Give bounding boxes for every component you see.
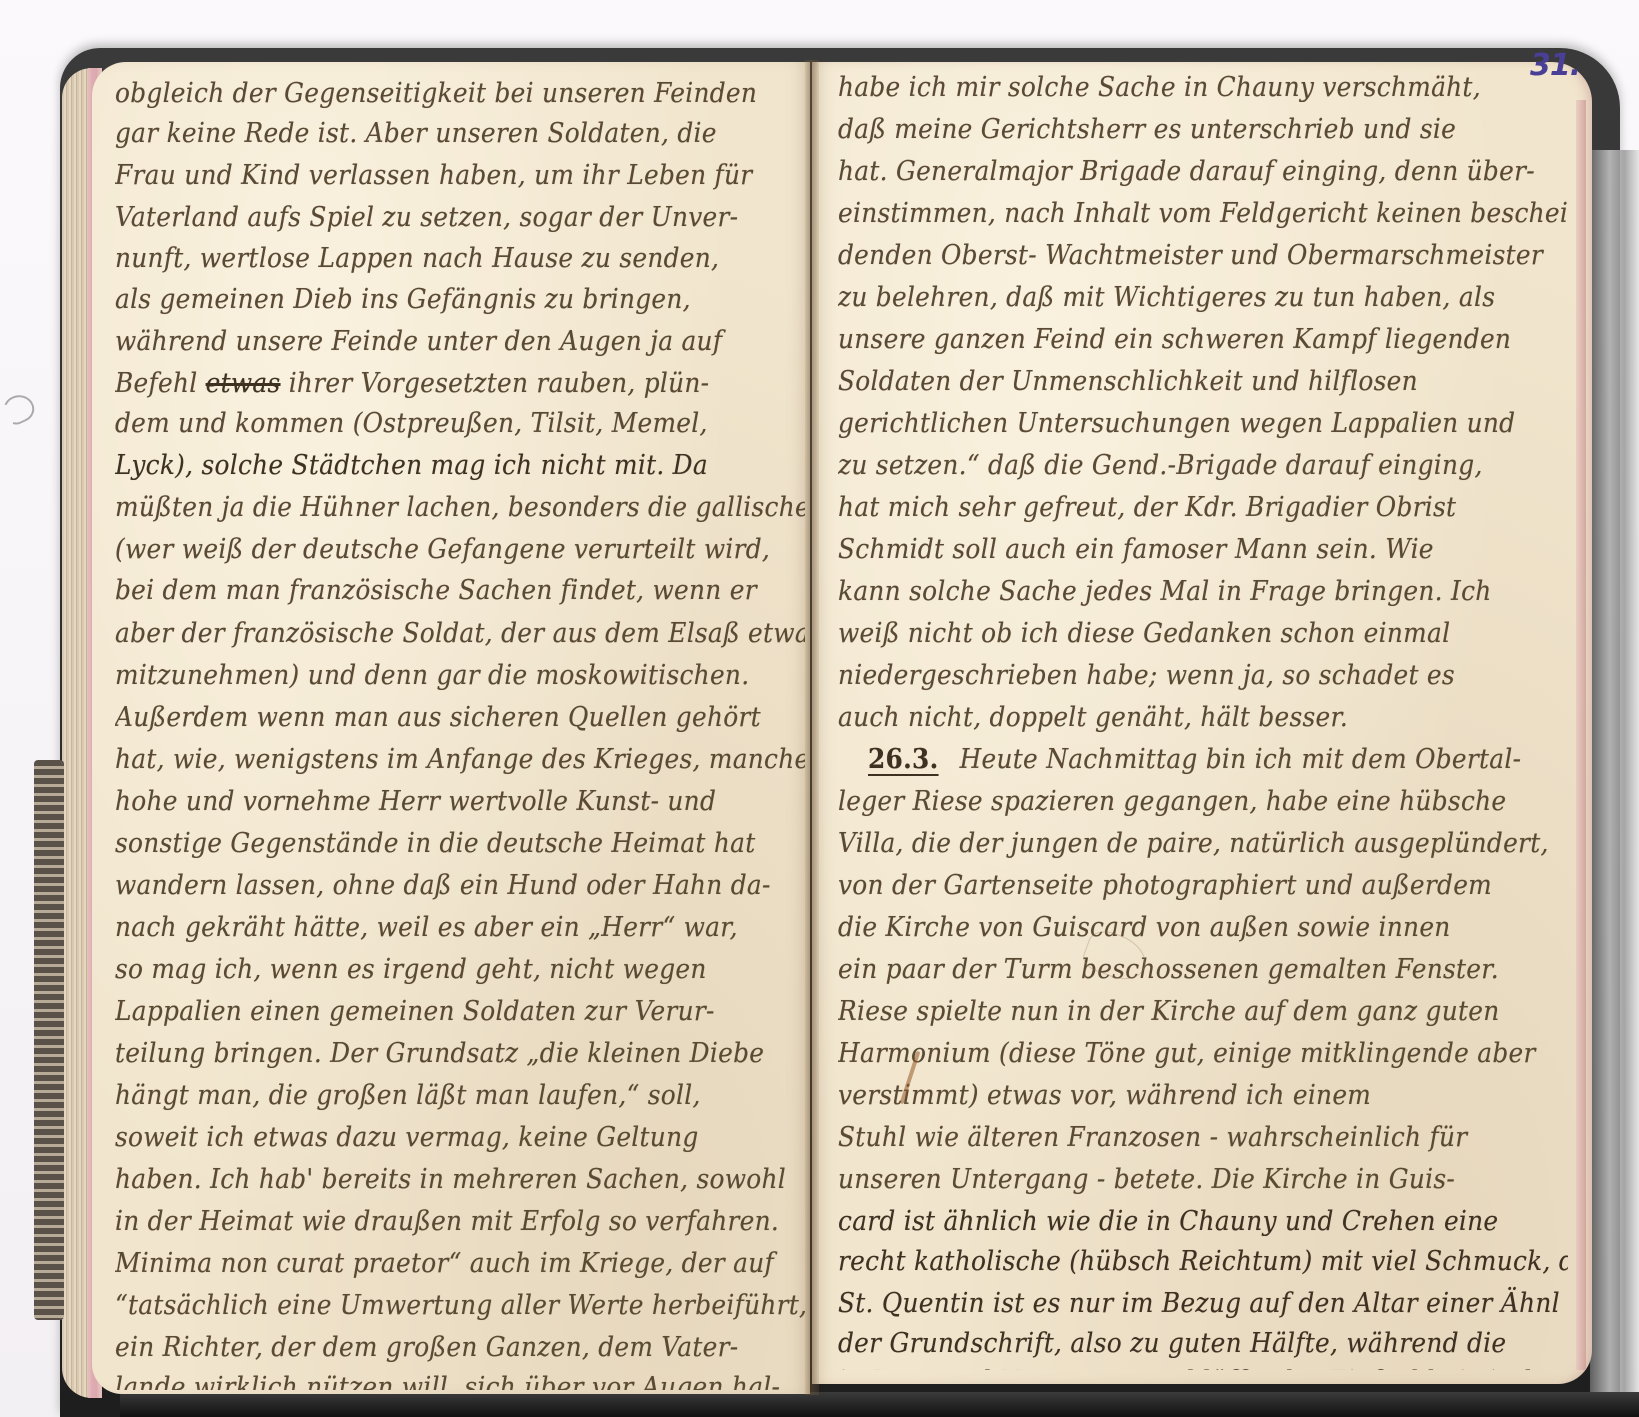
handwritten-line: Minima non curat praetor“ auch im Kriege… [115, 1248, 774, 1279]
handwritten-line: müßten ja die Hühner lachen, besonders d… [115, 492, 805, 523]
line-start: Befehl [115, 368, 197, 399]
struck-out-word: etwas [206, 368, 281, 399]
handwritten-line: denden Oberst- Wachtmeister und Obermars… [838, 240, 1543, 271]
handwritten-line: niedergeschrieben habe; wenn ja, so scha… [838, 660, 1455, 691]
handwritten-line: der Grundschrift, also zu guten Hälfte, … [838, 1328, 1506, 1359]
book-gutter [805, 60, 819, 1395]
handwritten-line: weiß nicht ob ich diese Gedanken schon e… [838, 618, 1450, 649]
handwritten-line: lande wirklich nützen will, sich über vo… [115, 1372, 780, 1390]
handwritten-line: aber der französische Soldat, der aus de… [115, 618, 805, 649]
handwritten-line: verstimmt) etwas vor, während ich einem [838, 1080, 1371, 1111]
handwritten-line: “tatsächlich eine Umwertung aller Werte … [115, 1290, 805, 1321]
scanner-edge-shadow [1590, 150, 1639, 1400]
scanned-notebook-scene: 31. obgleich der Gegenseitigkeit bei uns… [0, 0, 1639, 1417]
handwritten-line: unsere ganzen Feind ein schweren Kampf l… [838, 324, 1511, 355]
handwritten-line: teilung bringen. Der Grundsatz „die klei… [115, 1038, 764, 1069]
handwritten-line: mitzunehmen) und denn gar die moskowitis… [115, 660, 749, 691]
entry-date-heading: 26.3. [868, 744, 939, 775]
handwritten-line: leger Riese spazieren gegangen, habe ein… [838, 786, 1506, 817]
line-rest: ihrer Vorgesetzten rauben, plün- [289, 368, 710, 399]
handwritten-line: auch nicht, doppelt genäht, hält besser. [838, 702, 1348, 733]
handwritten-line: obgleich der Gegenseitigkeit bei unseren… [115, 78, 757, 109]
handwritten-line: dem und kommen (Ostpreußen, Tilsit, Meme… [115, 408, 708, 439]
handwritten-line-with-strikethrough: Befehl etwas ihrer Vorgesetzten rauben, … [115, 368, 709, 399]
handwritten-line: Außerdem wenn man aus sicheren Quellen g… [115, 702, 761, 733]
right-page-text: habe ich mir solche Sache in Chauny vers… [838, 70, 1568, 1370]
handwritten-line: nach gekräht hätte, weil es aber ein „He… [115, 912, 738, 943]
handwritten-line: gerichtlichen Untersuchungen wegen Lappa… [838, 408, 1515, 439]
handwritten-line: soweit ich etwas dazu vermag, keine Gelt… [115, 1122, 699, 1153]
handwritten-line: Harmonium (diese Töne gut, einige mitkli… [838, 1038, 1536, 1069]
handwritten-line: Stuhl wie älteren Franzosen - wahrschein… [838, 1122, 1467, 1153]
handwritten-line: haben. Ich hab' bereits in mehreren Sach… [115, 1164, 786, 1195]
handwritten-line: unseren Untergang - betete. Die Kirche i… [838, 1164, 1455, 1195]
spine-stitching [34, 760, 64, 1320]
handwritten-line: hat, wie, wenigstens im Anfange des Krie… [115, 744, 805, 775]
handwritten-line: nunft, wertlose Lappen nach Hause zu sen… [115, 243, 719, 274]
handwritten-line: gar keine Rede ist. Aber unseren Soldate… [115, 118, 717, 149]
handwritten-line: recht katholische (hübsch Reichtum) mit … [838, 1246, 1568, 1277]
handwritten-line: card ist ähnlich wie die in Chauny und C… [838, 1206, 1498, 1237]
handwritten-line: kann solche Sache jedes Mal in Frage bri… [838, 576, 1492, 607]
handwritten-line: Villa, die der jungen de paire, natürlic… [838, 828, 1549, 859]
handwritten-line: (wer weiß der deutsche Gefangene verurte… [115, 534, 770, 565]
left-page-text: obgleich der Gegenseitigkeit bei unseren… [115, 70, 805, 1390]
handwritten-line: während unsere Feinde unter den Augen ja… [115, 326, 722, 357]
handwritten-line: in der Heimat wie draußen mit Erfolg so … [115, 1206, 779, 1237]
handwritten-line: so mag ich, wenn es irgend geht, nicht w… [115, 954, 707, 985]
handwritten-line: hohe und vornehme Herr wertvolle Kunst- … [115, 786, 716, 817]
notebook-bottom-cover-edge [120, 1392, 1639, 1417]
handwritten-line: daß meine Gerichtsherr es unterschrieb u… [838, 114, 1456, 145]
handwritten-line: sonstige Gegenstände in die deutsche Hei… [115, 828, 755, 859]
handwritten-line: wandern lassen, ohne daß ein Hund oder H… [115, 870, 771, 901]
handwritten-line: ein Richter, der dem großen Ganzen, dem … [115, 1332, 738, 1363]
entry-first-line: Heute Nachmittag bin ich mit dem Obertal… [960, 744, 1522, 775]
handwritten-line: Vaterland aufs Spiel zu setzen, sogar de… [115, 202, 738, 233]
handwritten-line: von der Gartenseite photographiert und a… [838, 870, 1492, 901]
handwritten-line: zu belehren, daß mit Wichtigeres zu tun … [838, 282, 1495, 313]
handwritten-line: Lappalien einen gemeinen Soldaten zur Ve… [115, 996, 715, 1027]
handwritten-line: Frau und Kind verlassen haben, um ihr Le… [115, 160, 752, 191]
diary-entry-line: 26.3. Heute Nachmittag bin ich mit dem O… [868, 744, 1521, 775]
handwritten-line: Schmidt soll auch ein famoser Mann sein.… [838, 534, 1434, 565]
handwritten-line: hat. Generalmajor Brigade darauf einging… [838, 156, 1535, 187]
handwritten-line: bei dem man französische Sachen findet, … [115, 575, 757, 606]
right-page-edge-tint [1576, 100, 1586, 1370]
handwritten-line: Lyck), solche Städtchen mag ich nicht mi… [115, 450, 708, 481]
handwritten-line: ein paar der Turm beschossenen gemalten … [838, 954, 1499, 985]
handwritten-line: als gemeinen Dieb ins Gefängnis zu bring… [115, 284, 691, 315]
handwritten-line: habe ich mir solche Sache in Chauny vers… [838, 72, 1481, 103]
handwritten-line: hat mich sehr gefreut, der Kdr. Brigadie… [838, 492, 1456, 523]
handwritten-line: in Laon und Noyon von verblüffender Einf… [838, 1366, 1540, 1370]
handwritten-line: St. Quentin ist es nur im Bezug auf den … [838, 1288, 1560, 1319]
handwritten-line: Soldaten der Unmenschlichkeit und hilflo… [838, 366, 1418, 397]
loose-thread-loop [0, 390, 39, 428]
handwritten-line: einstimmen, nach Inhalt vom Feldgericht … [838, 198, 1568, 229]
handwritten-line: die Kirche von Guiscard von außen sowie … [838, 912, 1451, 943]
handwritten-line: zu setzen.“ daß die Gend.-Brigade darauf… [838, 450, 1483, 481]
handwritten-line: hängt man, die großen läßt man laufen,“ … [115, 1080, 701, 1111]
handwritten-line: Riese spielte nun in der Kirche auf dem … [838, 996, 1500, 1027]
